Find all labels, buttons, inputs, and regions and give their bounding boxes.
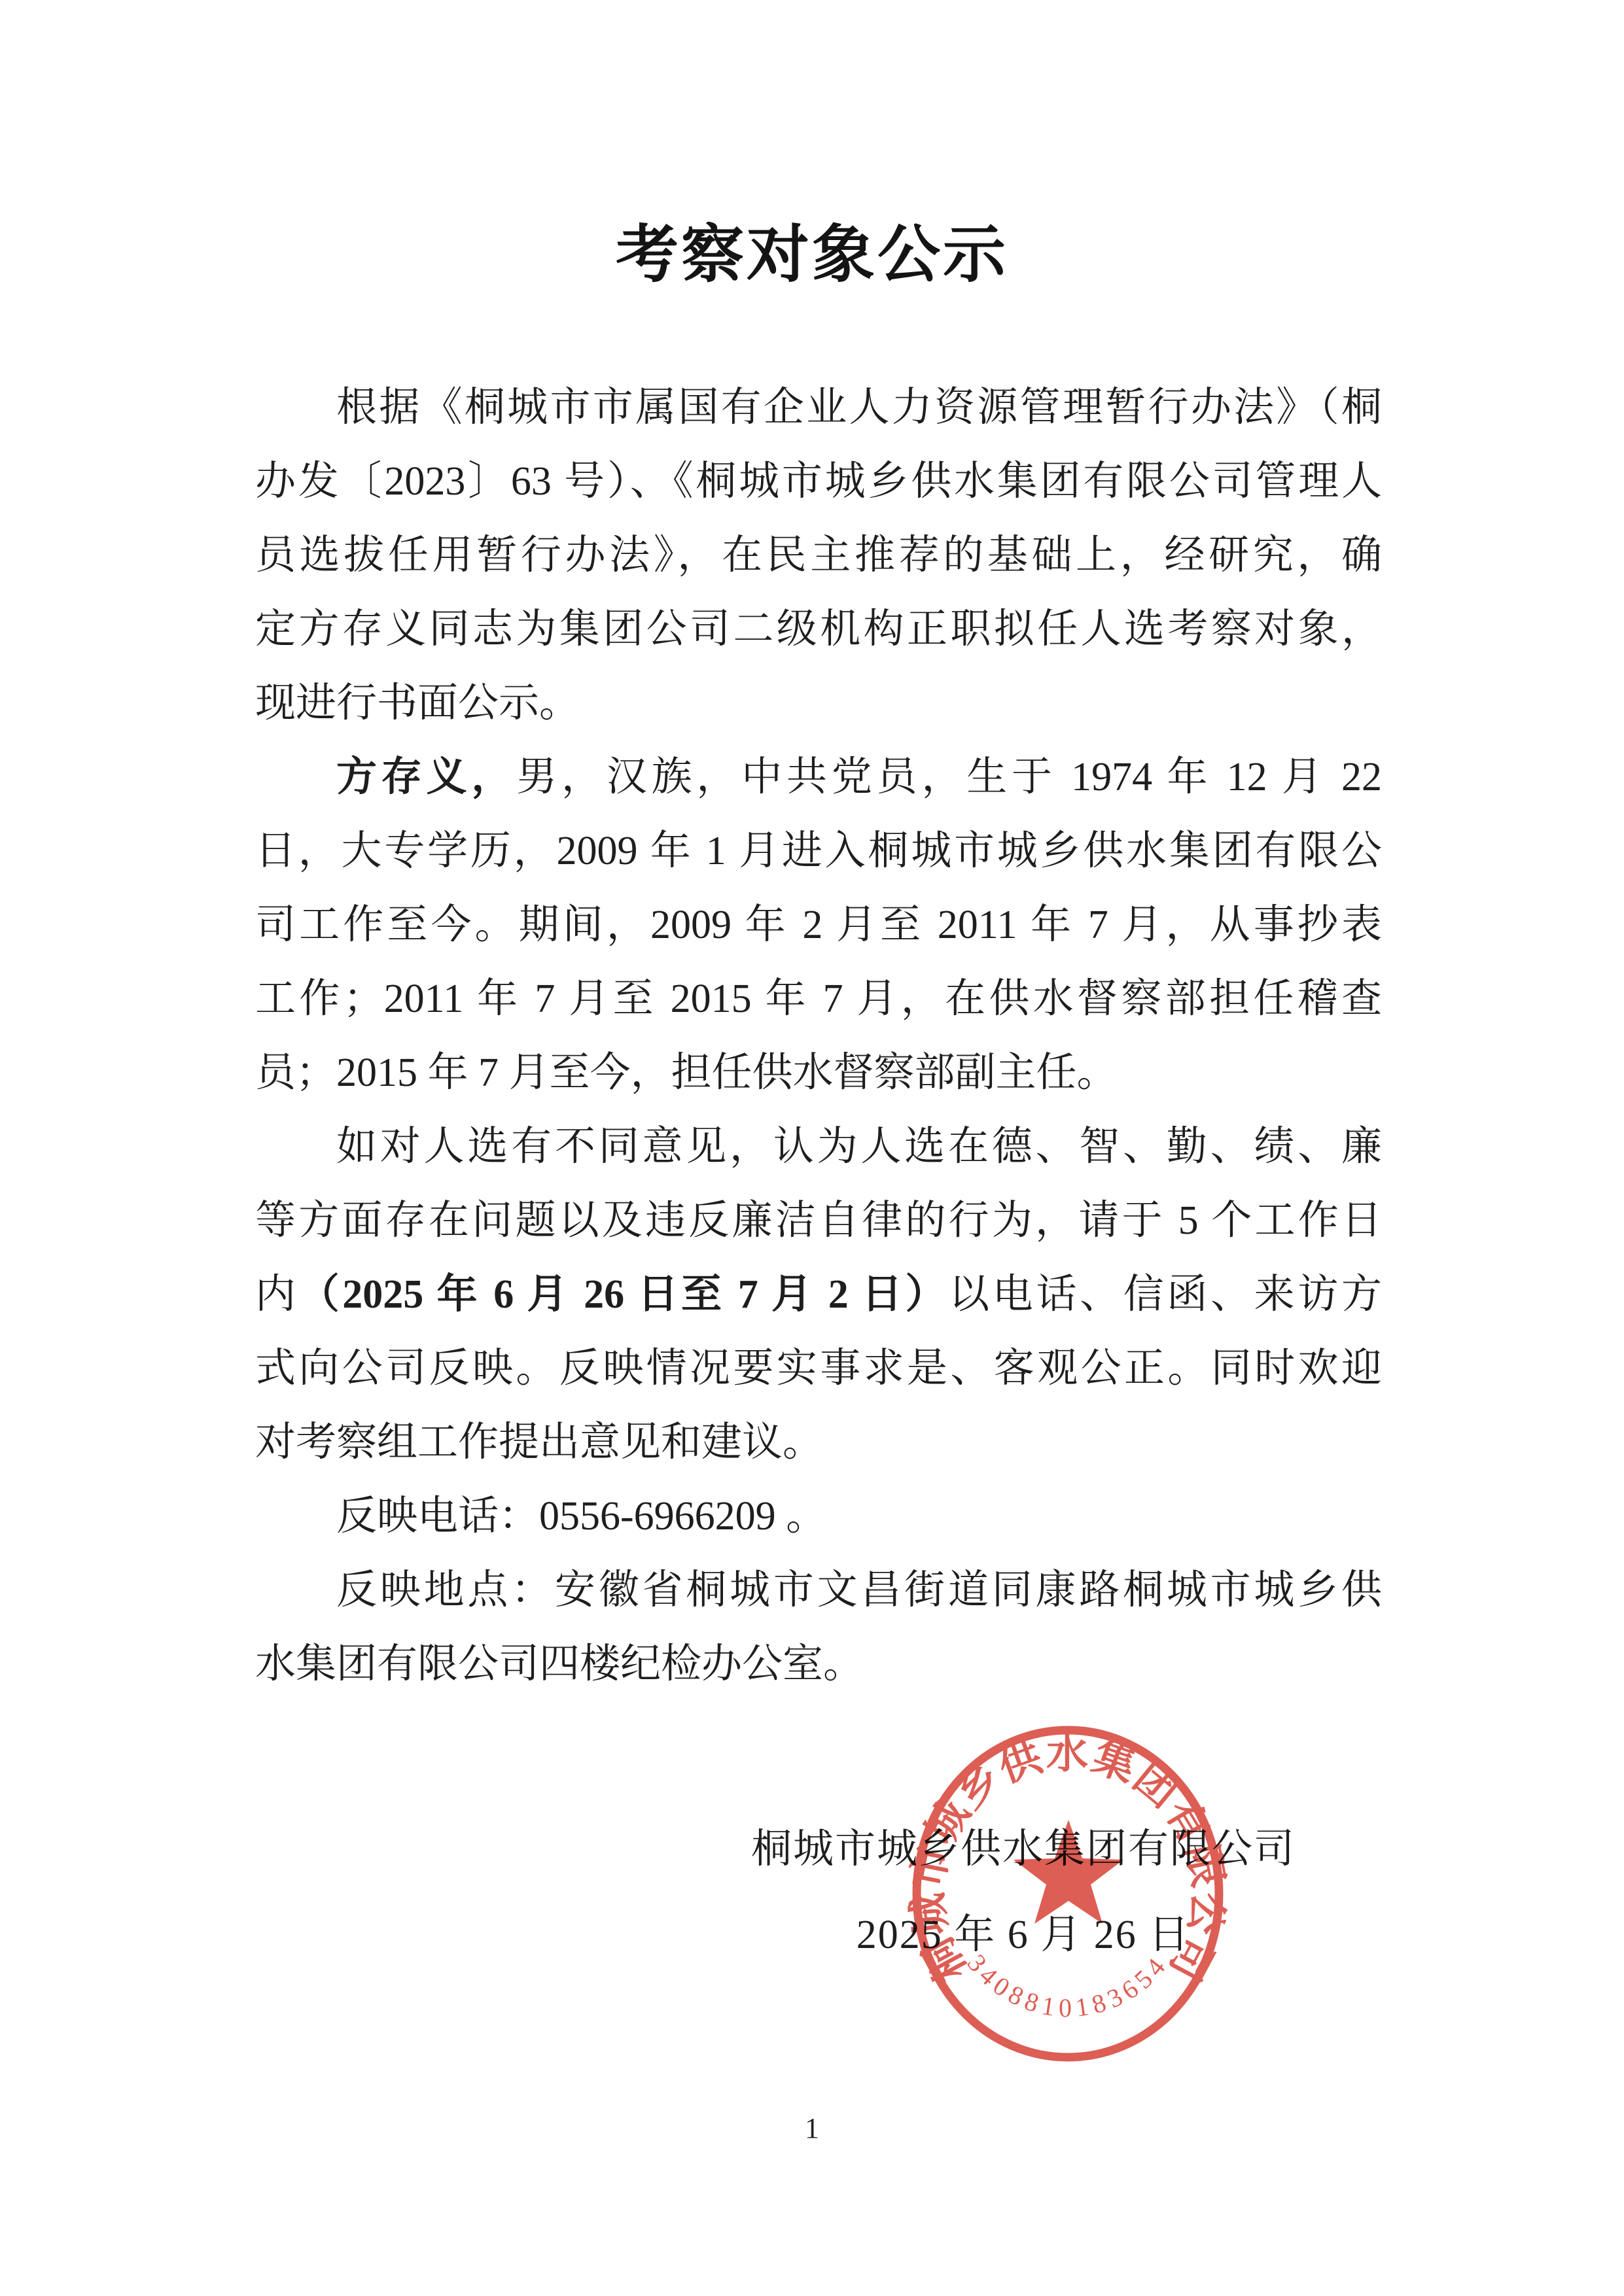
text-segment: 根据《桐城市市属国有企业人力资源管理暂行办法》（桐	[336, 385, 1382, 430]
body-line: 员选拔任用暂行办法》，在民主推荐的基础上，经研究，确	[255, 519, 1382, 593]
body-line: 反映电话：0556-6966209 。	[255, 1480, 1382, 1554]
body-line: 员；2015 年 7 月至今，担任供水督察部副主任。	[255, 1036, 1382, 1110]
page-number: 1	[0, 2112, 1624, 2145]
text-segment: 男，汉族，中共党员，生于 1974 年 12 月 22	[516, 755, 1382, 799]
body-line: 司工作至今。期间，2009 年 2 月至 2011 年 7 月，从事抄表	[255, 888, 1382, 962]
text-segment: 式向公司反映。反映情况要实事求是、客观公正。同时欢迎	[255, 1346, 1382, 1391]
body-line: 办发〔2023〕63 号）、《桐城市城乡供水集团有限公司管理人	[255, 445, 1382, 519]
page-title: 考察对象公示	[0, 216, 1624, 294]
text-segment: 反映电话：0556-6966209 。	[336, 1494, 826, 1539]
text-segment: 日，大专学历，2009 年 1 月进入桐城市城乡供水集团有限公	[255, 829, 1382, 873]
text-segment: 办发〔2023〕63 号）、《桐城市城乡供水集团有限公司管理人	[255, 459, 1382, 504]
document-page: 考察对象公示 根据《桐城市市属国有企业人力资源管理暂行办法》（桐 办发〔2023…	[0, 0, 1624, 2296]
body-line: 根据《桐城市市属国有企业人力资源管理暂行办法》（桐	[255, 371, 1382, 445]
text-segment: 司工作至今。期间，2009 年 2 月至 2011 年 7 月，从事抄表	[255, 903, 1382, 947]
body-line: 定方存义同志为集团公司二级机构正职拟任人选考察对象，	[255, 593, 1382, 667]
text-segment: 员；2015 年 7 月至今，担任供水督察部副主任。	[255, 1051, 1118, 1095]
text-segment: 员选拔任用暂行办法》，在民主推荐的基础上，经研究，确	[255, 533, 1382, 578]
text-segment: 对考察组工作提出意见和建议。	[255, 1420, 823, 1465]
text-segment: 如对人选有不同意见，认为人选在德、智、勤、绩、廉	[336, 1124, 1382, 1169]
text-segment: 现进行书面公示。	[255, 681, 580, 725]
signature-block: 桐城市城乡供水集团有限公司 2025 年 6 月 26 日	[751, 1813, 1296, 1971]
body-line: 式向公司反映。反映情况要实事求是、客观公正。同时欢迎	[255, 1332, 1382, 1406]
body-line: 如对人选有不同意见，认为人选在德、智、勤、绩、廉	[255, 1110, 1382, 1184]
body-line: 水集团有限公司四楼纪检办公室。	[255, 1627, 1382, 1701]
body-line: 方存义，男，汉族，中共党员，生于 1974 年 12 月 22	[255, 740, 1382, 814]
text-segment: 工作；2011 年 7 月至 2015 年 7 月，在供水督察部担任稽查	[255, 977, 1382, 1021]
text-segment: 内	[255, 1272, 299, 1317]
body-line: 工作；2011 年 7 月至 2015 年 7 月，在供水督察部担任稽查	[255, 962, 1382, 1036]
body-line: 现进行书面公示。	[255, 667, 1382, 740]
body-line: 等方面存在问题以及违反廉洁自律的行为，请于 5 个工作日	[255, 1184, 1382, 1258]
signature-company-name: 桐城市城乡供水集团有限公司	[751, 1813, 1296, 1885]
body-line: 对考察组工作提出意见和建议。	[255, 1406, 1382, 1480]
body-line: 反映地点：安徽省桐城市文昌街道同康路桐城市城乡供	[255, 1554, 1382, 1627]
document-body: 根据《桐城市市属国有企业人力资源管理暂行办法》（桐 办发〔2023〕63 号）、…	[255, 371, 1382, 1701]
bold-segment: 方存义，	[336, 755, 516, 799]
signature-date: 2025 年 6 月 26 日	[751, 1899, 1296, 1971]
text-segment: 水集团有限公司四楼纪检办公室。	[255, 1642, 864, 1686]
body-line: 日，大专学历，2009 年 1 月进入桐城市城乡供水集团有限公	[255, 814, 1382, 888]
text-segment: 等方面存在问题以及违反廉洁自律的行为，请于 5 个工作日	[255, 1198, 1382, 1243]
text-segment: 反映地点：安徽省桐城市文昌街道同康路桐城市城乡供	[336, 1568, 1382, 1612]
text-segment: 以电话、信函、来访方	[949, 1272, 1382, 1317]
bold-segment: （2025 年 6 月 26 日至 7 月 2 日）	[299, 1272, 949, 1317]
text-segment: 定方存义同志为集团公司二级机构正职拟任人选考察对象，	[255, 607, 1382, 652]
body-line: 内（2025 年 6 月 26 日至 7 月 2 日）以电话、信函、来访方	[255, 1258, 1382, 1332]
